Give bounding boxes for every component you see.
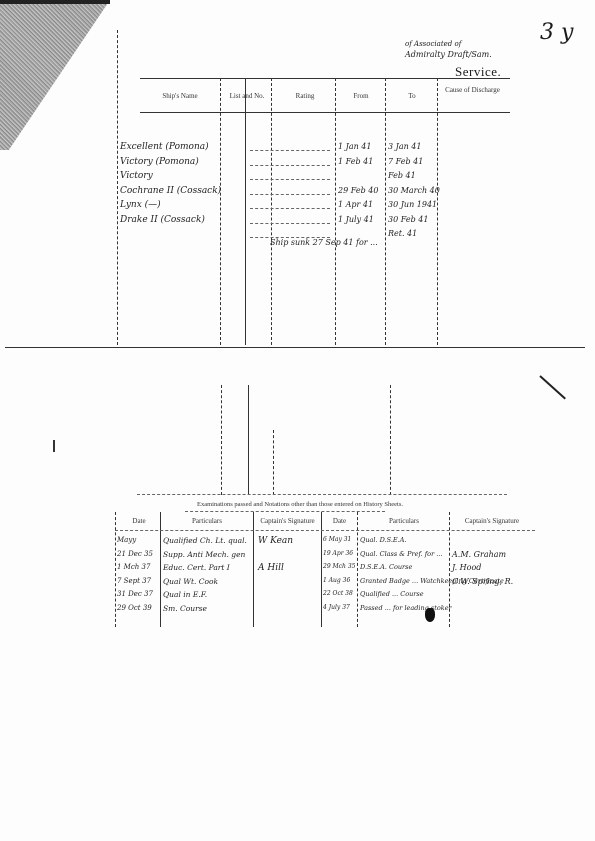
col-rule-6 [437, 78, 438, 345]
col-rule-2 [245, 78, 246, 345]
service-cell-to: Feb 41 [388, 171, 416, 180]
exam-col-particulars-2: Particulars [359, 517, 449, 525]
row-dash [250, 165, 330, 166]
col-rule-3 [271, 78, 272, 345]
service-cell-ship: Victory (Pomona) [120, 157, 199, 167]
page-number-annotation: 3 y [540, 20, 573, 45]
service-cell-ship: Victory [120, 171, 153, 181]
exam-right-signature: C.W. Spring, R. [452, 577, 513, 586]
exam-left-date: 21 Dec 35 [117, 550, 153, 558]
exam-right-particulars: D.S.E.A. Course [360, 563, 412, 571]
service-cell-ship: Lynx (—) [120, 200, 161, 210]
service-cell-ship: Excellent (Pomona) [120, 142, 209, 152]
exam-left-date: 29 Oct 39 [117, 604, 152, 612]
service-cell-to: 3 Jan 41 [388, 142, 421, 151]
exam-col-signature-1: Captain's Signature [255, 517, 320, 525]
ink-blot [425, 608, 435, 622]
exam-right-date: 1 Aug 36 [323, 577, 350, 584]
exam-right-signature: J. Hood [452, 563, 481, 572]
exam-right-particulars: Qual. D.S.E.A. [360, 536, 407, 544]
row-dash [250, 223, 330, 224]
mid-bottom-rule [137, 494, 507, 495]
exam-col-date-2: Date [322, 517, 357, 525]
header-annotation-1: of Associated of [405, 40, 461, 48]
col-ships-name: Ship's Name [145, 92, 215, 100]
service-cell-from: 1 Feb 41 [338, 157, 373, 166]
service-cell-to: 30 Feb 41 [388, 215, 428, 224]
mid-col-rule-3 [273, 430, 274, 495]
exam-title-rule [185, 511, 385, 512]
service-cell-from: 1 Apr 41 [338, 200, 373, 209]
col-list-no: List and No. [222, 92, 272, 100]
row-dash [250, 150, 330, 151]
exam-right-date: 4 July 37 [323, 604, 350, 611]
service-note: Ship sunk 27 Sep 41 for ... [270, 238, 378, 247]
mid-col-rule-1 [221, 385, 222, 495]
col-rule-5 [385, 78, 386, 345]
exam-left-particulars: Supp. Anti Mech. gen [163, 550, 245, 559]
exam-left-date: 1 Mch 37 [117, 563, 150, 571]
col-to: To [387, 92, 437, 100]
exam-right-date: 29 Mch 35 [323, 563, 355, 570]
table-top-rule [140, 78, 510, 79]
service-cell-from: 29 Feb 40 [338, 186, 378, 195]
scan-edge [0, 0, 110, 4]
exam-col-date-1: Date [118, 517, 160, 525]
exam-header-rule [115, 530, 535, 531]
service-cell-ship: Drake II (Cossack) [120, 215, 205, 225]
service-cell-to: 30 March 40 [388, 186, 440, 195]
exam-col-signature-2: Captain's Signature [452, 517, 532, 525]
left-margin-rule [117, 30, 118, 345]
col-from: From [337, 92, 385, 100]
exam-right-particulars: Qual. Class & Pref. for ... [360, 550, 442, 558]
mid-col-rule-2 [248, 385, 249, 495]
pen-mark [539, 375, 566, 399]
col-rule-1 [220, 78, 221, 345]
row-dash [250, 208, 330, 209]
exam-col-particulars-1: Particulars [162, 517, 252, 525]
exam-left-signature: A Hill [258, 563, 284, 573]
col-rule-4 [335, 78, 336, 345]
header-annotation-2: Admiralty Draft/Sam. [405, 50, 492, 59]
exam-title: Examinations passed and Notations other … [150, 501, 450, 508]
exam-left-particulars: Qual Wt. Cook [163, 577, 218, 586]
service-cell-to: 30 Jun 1941 [388, 200, 437, 209]
service-cell-from: 1 Jan 41 [338, 142, 371, 151]
row-dash [250, 179, 330, 180]
exam-left-date: 31 Dec 37 [117, 590, 153, 598]
exam-left-particulars: Qualified Ch. Lt. qual. [163, 536, 247, 545]
margin-tick [53, 440, 55, 452]
service-cell-from: 1 July 41 [338, 215, 374, 224]
exam-left-date: 7 Sept 37 [117, 577, 151, 585]
exam-right-date: 19 Apr 36 [323, 550, 353, 557]
exam-right-date: 22 Oct 38 [323, 590, 353, 597]
exam-right-particulars: Passed ... for leading stoker [360, 604, 452, 612]
table-header-rule [140, 112, 510, 113]
col-cause: Cause of Discharge [445, 86, 500, 94]
exam-left-particulars: Educ. Cert. Part I [163, 563, 230, 572]
col-rating: Rating [275, 92, 335, 100]
exam-left-date: Mayy [117, 536, 136, 544]
page-fold-rule [5, 347, 585, 348]
folded-corner-shadow [0, 0, 110, 150]
service-cell-ship: Cochrane II (Cossack) [120, 186, 221, 196]
exam-right-date: 6 May 31 [323, 536, 351, 543]
exam-right-particulars: Qualified ... Course [360, 590, 424, 598]
exam-right-signature: A.M. Graham [452, 550, 506, 559]
exam-left-particulars: Qual in E.F. [163, 590, 207, 599]
mid-col-rule-4 [390, 385, 391, 495]
service-cell-to: Ret. 41 [388, 229, 417, 238]
service-cell-to: 7 Feb 41 [388, 157, 423, 166]
exam-left-signature: W Kean [258, 536, 293, 546]
exam-left-particulars: Sm. Course [163, 604, 207, 613]
row-dash [250, 194, 330, 195]
